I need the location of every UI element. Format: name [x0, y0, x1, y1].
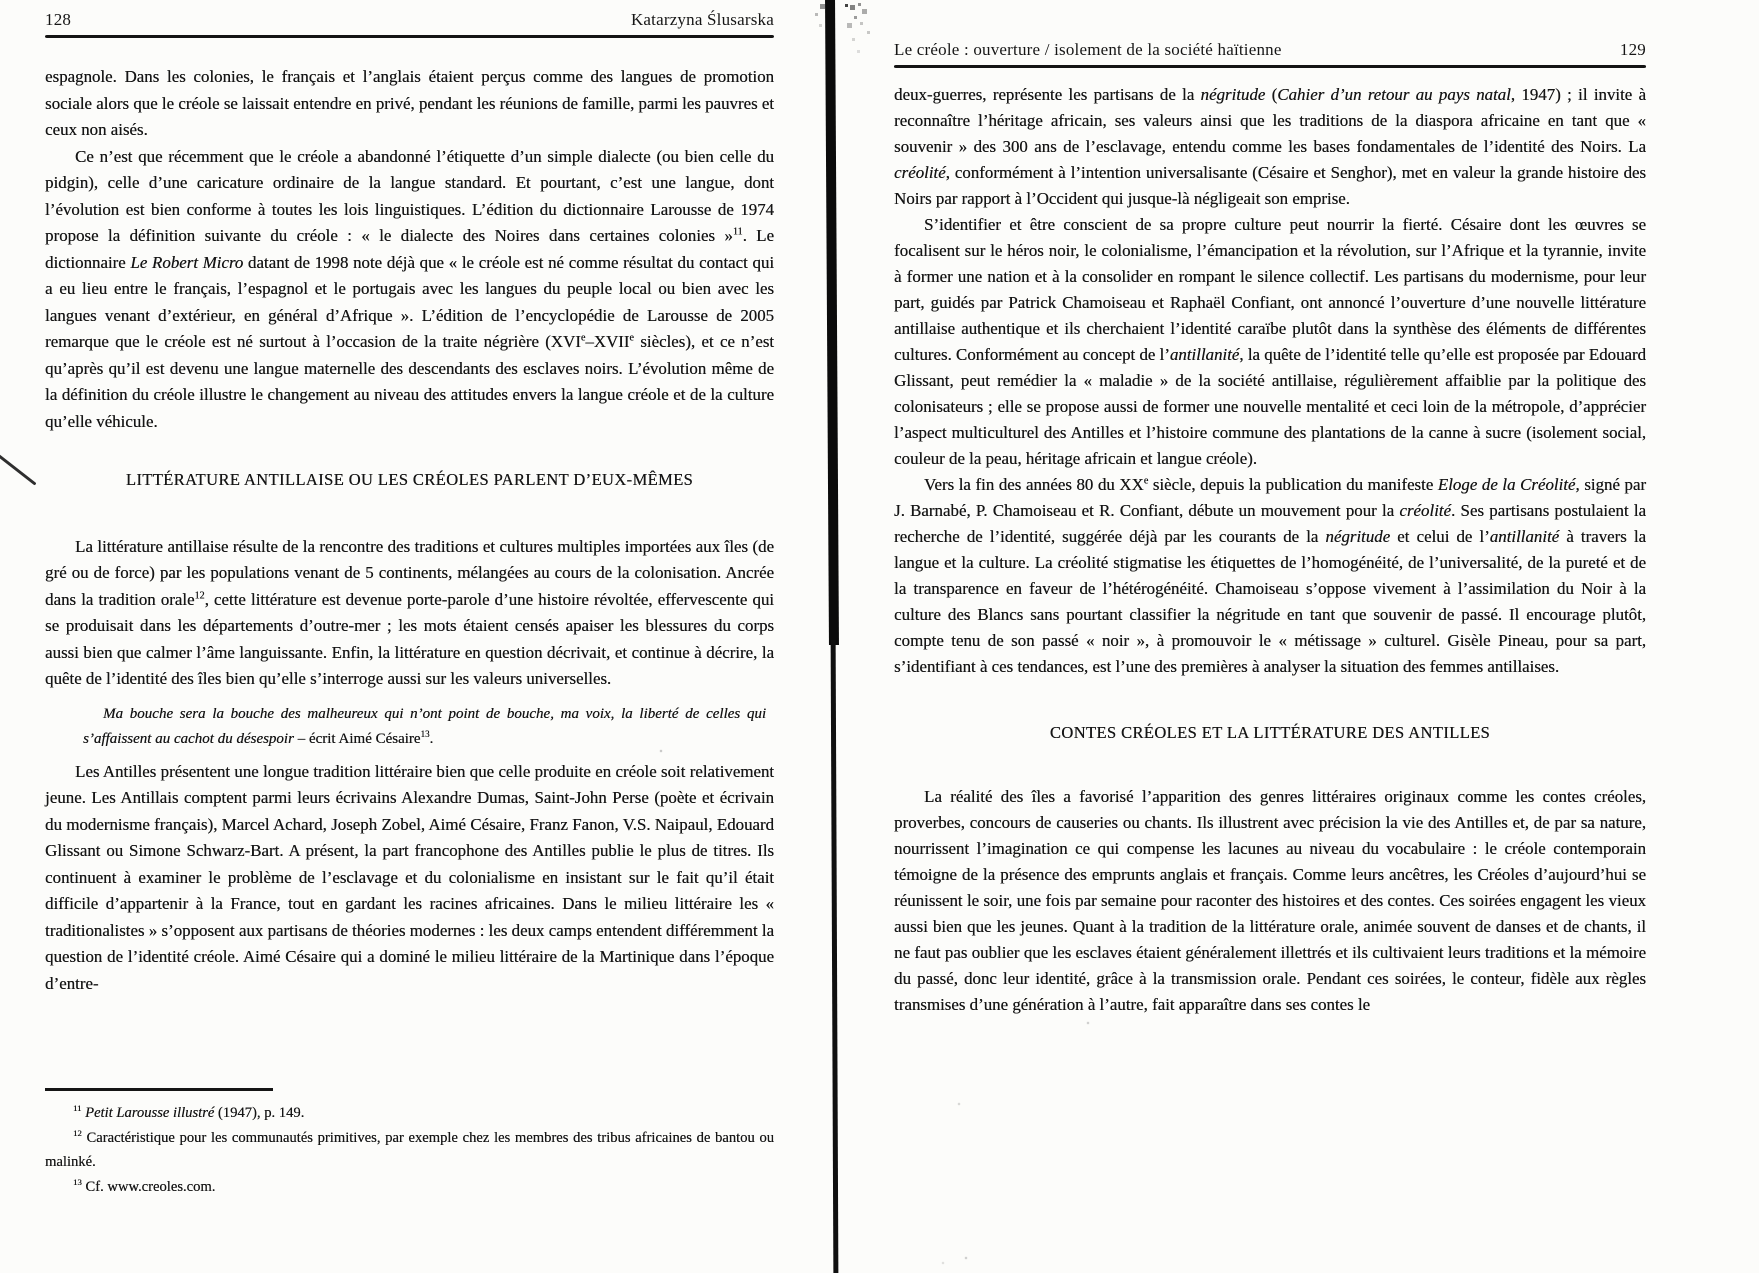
- body-paragraph: deux-guerres, représente les partisans d…: [894, 82, 1646, 212]
- footnote: 13 Cf. www.creoles.com.: [45, 1175, 774, 1200]
- footnotes-block: 11 Petit Larousse illustré (1947), p. 14…: [45, 1088, 774, 1199]
- body-paragraph: espagnole. Dans les colonies, le françai…: [45, 64, 774, 144]
- footnote: 11 Petit Larousse illustré (1947), p. 14…: [45, 1101, 774, 1126]
- body-paragraph: La réalité des îles a favorisé l’apparit…: [894, 784, 1646, 1018]
- right-header-rule: [894, 65, 1646, 68]
- section-heading: LITTÉRATURE ANTILLAISE OU LES CRÉOLES PA…: [45, 467, 774, 494]
- footnote-rule: [45, 1088, 273, 1091]
- right-page: Le créole : ouverture / isolement de la …: [894, 40, 1646, 1018]
- scanned-book-spread: { "colors": { "paper": "#fcfcfa", "ink":…: [0, 0, 1759, 1273]
- corner-mark: [0, 450, 37, 485]
- binding-shadow: [831, 640, 839, 1273]
- body-paragraph: Ce n’est que récemment que le créole a a…: [45, 144, 774, 436]
- section-heading: CONTES CRÉOLES ET LA LITTÉRATURE DES ANT…: [894, 720, 1646, 746]
- left-running-header: Katarzyna Ślusarska: [631, 10, 774, 30]
- body-paragraph: La littérature antillaise résulte de la …: [45, 534, 774, 693]
- right-page-header: Le créole : ouverture / isolement de la …: [894, 40, 1646, 60]
- left-body: espagnole. Dans les colonies, le françai…: [45, 64, 774, 997]
- right-running-header: Le créole : ouverture / isolement de la …: [894, 40, 1282, 60]
- scan-speck: [0, 0, 2, 2]
- scan-noise: [845, 4, 848, 7]
- binding-shadow: [825, 0, 839, 645]
- body-paragraph: Les Antilles présentent une longue tradi…: [45, 759, 774, 998]
- right-page-number: 129: [1620, 40, 1646, 60]
- left-page-number: 128: [45, 10, 71, 30]
- left-page: 128 Katarzyna Ślusarska espagnole. Dans …: [45, 10, 774, 997]
- block-quote: Ma bouche sera la bouche des malheureux …: [83, 702, 766, 752]
- body-paragraph: Vers la fin des années 80 du XXe siècle,…: [894, 472, 1646, 680]
- left-header-rule: [45, 35, 774, 38]
- body-paragraph: S’identifier et être conscient de sa pro…: [894, 212, 1646, 472]
- right-body: deux-guerres, représente les partisans d…: [894, 82, 1646, 1018]
- footnote: 12 Caractéristique pour les communautés …: [45, 1126, 774, 1175]
- left-page-header: 128 Katarzyna Ślusarska: [45, 10, 774, 30]
